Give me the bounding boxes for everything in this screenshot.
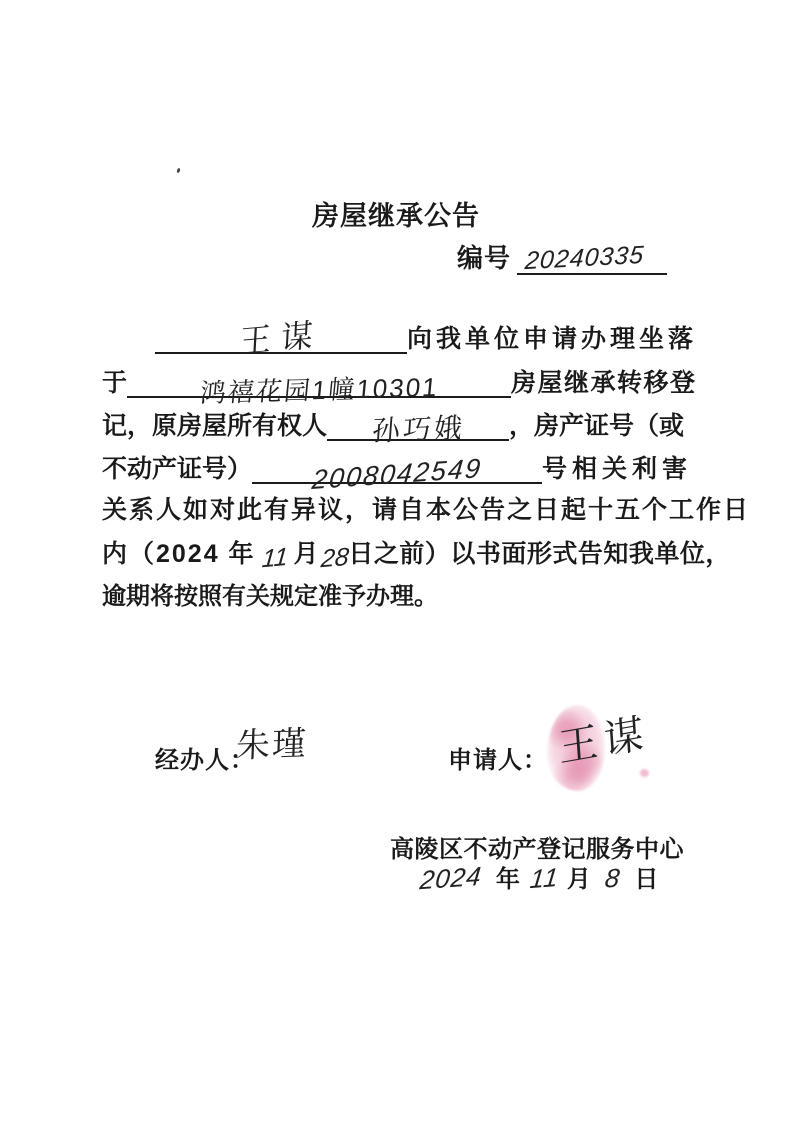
date-year-unit: 年 — [496, 866, 520, 895]
body-line-6-month-unit: 月 — [294, 539, 319, 569]
scan-speck — [176, 168, 181, 174]
date-day-handwriting: 8 — [603, 864, 621, 891]
body-line-4-prefix: 不动产证号） — [102, 454, 252, 484]
property-address-underline: 鸿禧花园1幢10301 — [127, 364, 511, 398]
body-line-1: 王谋 向我单位申请办理坐落 — [102, 320, 708, 354]
date-year-handwriting: 2024 — [419, 863, 483, 894]
body-line-3: 记，原房屋所有权人 孙巧娥 ，房产证号（或 — [102, 407, 708, 441]
thumbprint-speck — [640, 769, 649, 777]
document-page: 房屋继承公告 编号 20240335 王谋 向我单位申请办理坐落 于 鸿禧花园1… — [0, 0, 800, 1142]
org-name: 高陵区不动产登记服务中心 — [390, 829, 684, 864]
cert-number-underline: 2008042549 — [252, 450, 542, 484]
body-line-7: 逾期将按照有关规定准予办理。 — [102, 583, 708, 612]
doc-title: 房屋继承公告 — [312, 194, 480, 233]
date-line: 2024 年 11 月 8 日 — [420, 865, 658, 895]
body-line-3-suffix: ，房产证号（或 — [509, 411, 684, 441]
applicant-name-underline: 王谋 — [155, 320, 407, 354]
body-line-6-prefix: 内（2024 年 — [102, 539, 256, 569]
body-line-5-text: 关系人如对此有异议，请自本公告之日起十五个工作日 — [102, 495, 750, 525]
body-line-7-text: 逾期将按照有关规定准予办理。 — [102, 583, 438, 612]
doc-number-label: 编号 — [457, 238, 511, 275]
owner-name-handwriting: 孙巧娥 — [371, 414, 466, 445]
owner-name-underline: 孙巧娥 — [327, 407, 509, 441]
doc-number-row: 编号 20240335 — [457, 238, 667, 275]
date-month-handwriting: 11 — [528, 864, 560, 892]
deadline-day-handwriting: 28 — [319, 545, 349, 573]
body-line-2: 于 鸿禧花园1幢10301 房屋继承转移登 — [102, 364, 708, 398]
body-line-6: 内（2024 年 11 月 28 日之前）以书面形式告知我单位， — [102, 539, 708, 569]
applicant-label: 申请人： — [448, 740, 548, 775]
body-line-6-suffix: 日之前）以书面形式告知我单位， — [348, 539, 731, 569]
doc-number-handwriting: 20240335 — [524, 243, 645, 274]
body-line-2-prefix: 于 — [102, 368, 127, 398]
doc-number-underline: 20240335 — [517, 243, 667, 275]
body-line-3-prefix: 记，原房屋所有权人 — [102, 411, 327, 441]
date-day-unit: 日 — [634, 866, 658, 895]
body-line-4: 不动产证号） 2008042549 号相关利害 — [102, 450, 708, 484]
body-line-4-suffix: 号相关利害 — [542, 454, 692, 484]
cert-number-handwriting: 2008042549 — [311, 455, 484, 494]
property-address-handwriting: 鸿禧花园1幢10301 — [198, 374, 439, 406]
body-line-5: 关系人如对此有异议，请自本公告之日起十五个工作日 — [102, 495, 708, 525]
body-line-2-suffix: 房屋继承转移登 — [511, 368, 697, 398]
deadline-month-handwriting: 11 — [261, 545, 289, 573]
body-line-1-text: 向我单位申请办理坐落 — [407, 324, 697, 354]
handler-signature-handwriting: 朱瑾 — [235, 727, 308, 764]
date-month-unit: 月 — [567, 866, 591, 895]
applicant-name-handwriting: 王谋 — [238, 318, 323, 358]
